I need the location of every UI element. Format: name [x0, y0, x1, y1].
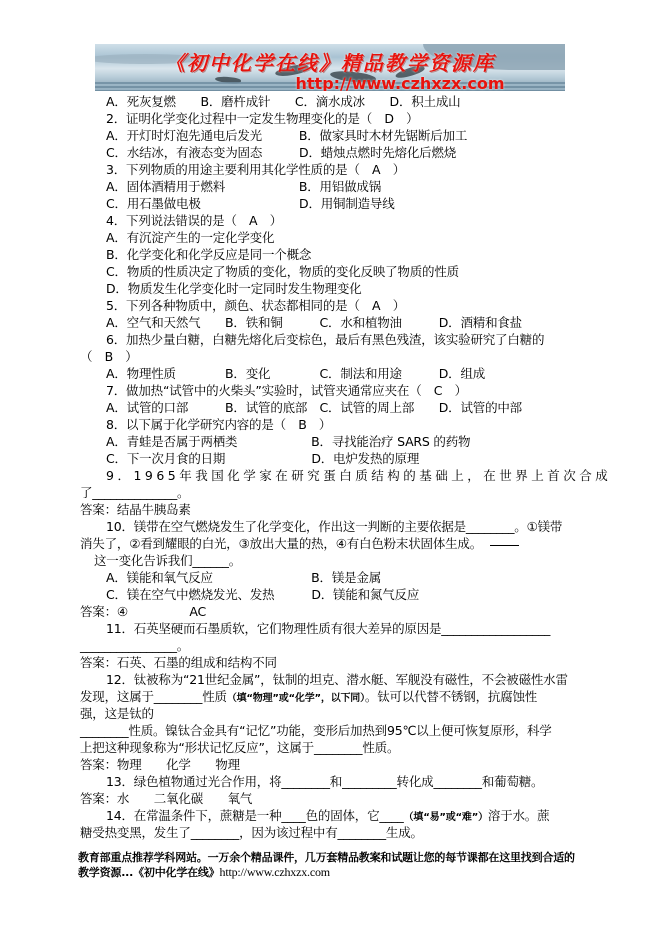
text-segment: 10．镁带在空气燃烧发生了化学变化，作出这一判断的主要依据是________。①…	[106, 519, 562, 534]
text-line: 13．绿色植物通过光合作用，将________和_________转化成____…	[80, 773, 580, 790]
document-lines: A．死灰复燃 B．磨杵成针 C．滴水成冰 D．积土成山2．证明化学变化过程中一定…	[80, 93, 580, 841]
text-segment: 答案：结晶牛胰岛素	[80, 502, 191, 517]
text-line: 答案：石英、石墨的组成和结构不同	[80, 654, 580, 671]
text-segment: （ B ）	[80, 349, 138, 364]
text-segment: 答案：水 二氧化碳 氧气	[80, 791, 252, 806]
text-line: 7．做加热“试管中的火柴头”实验时，试管夹通常应夹在（ C ）	[80, 382, 580, 399]
text-segment: B．化学变化和化学反应是同一个概念	[106, 247, 311, 262]
text-line: 3．下列物质的用途主要利用其化学性质的是（ A ）	[80, 161, 580, 178]
text-segment: 2．证明化学变化过程中一定发生物理变化的是（ D ）	[106, 111, 418, 126]
site-banner: 《初中化学在线》精品教学资源库 http://www.czhxzx.com	[95, 44, 565, 91]
text-segment: A．空气和天然气 B．铁和铜 C．水和植物油 D．酒精和食盐	[106, 315, 522, 330]
text-line: A．死灰复燃 B．磨杵成针 C．滴水成冰 D．积土成山	[80, 93, 580, 110]
text-line: 上把这种现象称为“形状记忆反应”，这属于________性质。	[80, 739, 580, 756]
text-line: 消失了，②看到耀眼的白光，③放出大量的热，④有白色粉末状固体生成。	[80, 535, 580, 552]
text-segment: 糖受热变黑，发生了________，因为该过程中有________生成。	[80, 825, 423, 840]
text-line: A．空气和天然气 B．铁和铜 C．水和植物油 D．酒精和食盐	[80, 314, 580, 331]
text-line: 9．1965年我国化学家在研究蛋白质结构的基础上，在世界上首次合成	[80, 467, 580, 484]
text-segment: 强，这是钛的	[80, 706, 154, 721]
text-segment: A．物理性质 B．变化 C．制法和用途 D．组成	[106, 366, 485, 381]
text-segment: 3．下列物质的用途主要利用其化学性质的是（ A ）	[106, 162, 405, 177]
footer-line2: 教学资源...《初中化学在线》http://www.czhxzx.com	[78, 865, 583, 880]
text-segment: 了______________。	[80, 485, 189, 500]
text-line: ________________。	[80, 637, 580, 654]
text-line: B．化学变化和化学反应是同一个概念	[80, 246, 580, 263]
text-segment: A．死灰复燃 B．磨杵成针 C．滴水成冰 D．积土成山	[106, 94, 460, 109]
text-line: A．物理性质 B．变化 C．制法和用途 D．组成	[80, 365, 580, 382]
text-line: A．镁能和氧气反应 B．镁是金属	[80, 569, 580, 586]
text-segment: A．青蛙是否属于两栖类 B．寻找能治疗 SARS 的药物	[106, 434, 470, 449]
text-segment: 答案：④ AC	[80, 604, 206, 619]
text-line: （ B ）	[80, 348, 580, 365]
text-line: 答案：④ AC	[80, 603, 580, 620]
text-line: 6．加热少量白糖，白糖先熔化后变棕色，最后有黑色残渣，该实验研究了白糖的	[80, 331, 580, 348]
text-line: 强，这是钛的	[80, 705, 580, 722]
text-segment: A．镁能和氧气反应 B．镁是金属	[106, 570, 381, 585]
text-line: A．有沉淀产生的一定化学变化	[80, 229, 580, 246]
text-line: 这一变化告诉我们______。	[80, 552, 580, 569]
text-segment: C．镁在空气中燃烧发光、发热 D．镁能和氮气反应	[106, 587, 419, 602]
text-segment: 14．在常温条件下，蔗糖是一种____色的固体，它____	[106, 808, 404, 823]
text-line: 答案：物理 化学 物理	[80, 756, 580, 773]
text-segment: 12．钛被称为“21世纪金属”，钛制的坦克、潜水艇、军舰没有磁性，不会被磁性水雷	[106, 672, 568, 687]
footer-line1: 教育部重点推荐学科网站。一万余个精品课件，几万套精品教案和试题让您的每节课都在这…	[78, 851, 583, 865]
text-line: 2．证明化学变化过程中一定发生物理变化的是（ D ）	[80, 110, 580, 127]
text-line: 14．在常温条件下，蔗糖是一种____色的固体，它____（填“易”或“难”）溶…	[80, 807, 580, 824]
text-segment: 11．石英坚硬而石墨质软，它们物理性质有很大差异的原因是____________…	[106, 621, 550, 636]
text-line: C．下一次月食的日期 D．电炉发热的原理	[80, 450, 580, 467]
banner-title: 《初中化学在线》精品教学资源库	[95, 47, 565, 76]
text-line: 答案：结晶牛胰岛素	[80, 501, 580, 518]
footer-note: 教育部重点推荐学科网站。一万余个精品课件，几万套精品教案和试题让您的每节课都在这…	[78, 851, 583, 880]
footer-url: http://www.czhxzx.com	[220, 865, 330, 879]
text-line: 5．下列各种物质中，颜色、状态都相同的是（ A ）	[80, 297, 580, 314]
text-line: A．固体酒精用于燃料 B．用铝做成锅	[80, 178, 580, 195]
text-segment: C．水结冰，有液态变为固态 D．蜡烛点燃时先熔化后燃烧	[106, 145, 456, 160]
text-segment: 发现，这属于________性质	[80, 689, 227, 704]
text-line: 12．钛被称为“21世纪金属”，钛制的坦克、潜水艇、军舰没有磁性，不会被磁性水雷	[80, 671, 580, 688]
text-segment: ________________。	[80, 638, 189, 653]
scanned-worksheet-page: 《初中化学在线》精品教学资源库 http://www.czhxzx.com A．…	[0, 0, 661, 935]
text-segment: 这一变化告诉我们______。	[94, 553, 241, 568]
text-segment: 。钛可以代替不锈钢，抗腐蚀性	[365, 689, 537, 704]
text-line: 发现，这属于________性质（填“物理”或“化学”，以下同）。钛可以代替不锈…	[80, 688, 580, 705]
text-segment: 7．做加热“试管中的火柴头”实验时，试管夹通常应夹在（ C ）	[106, 383, 467, 398]
text-segment: 溶于水。蔗	[488, 808, 550, 823]
text-segment: 答案：石英、石墨的组成和结构不同	[80, 655, 277, 670]
text-line: 8．以下属于化学研究内容的是（ B ）	[80, 416, 580, 433]
text-line: 4．下列说法错误的是（ A ）	[80, 212, 580, 229]
text-segment: C．物质的性质决定了物质的变化，物质的变化反映了物质的性质	[106, 264, 459, 279]
text-segment: 9．1965年我国化学家在研究蛋白质结构的基础上，在世界上首次合成	[106, 468, 611, 483]
text-line: C．物质的性质决定了物质的变化，物质的变化反映了物质的性质	[80, 263, 580, 280]
text-segment: C．用石墨做电极 D．用铜制造导线	[106, 196, 395, 211]
text-line: D．物质发生化学变化时一定同时发生物理变化	[80, 280, 580, 297]
banner-url: http://www.czhxzx.com	[165, 74, 565, 91]
text-segment: 6．加热少量白糖，白糖先熔化后变棕色，最后有黑色残渣，该实验研究了白糖的	[106, 332, 544, 347]
text-segment: 13．绿色植物通过光合作用，将________和_________转化成____…	[106, 774, 543, 789]
footer-line2-text: 教学资源...《初中化学在线》	[78, 866, 220, 879]
text-segment: D．物质发生化学变化时一定同时发生物理变化	[106, 281, 361, 296]
text-line: 11．石英坚硬而石墨质软，它们物理性质有很大差异的原因是____________…	[80, 620, 580, 637]
text-segment: 5．下列各种物质中，颜色、状态都相同的是（ A ）	[106, 298, 405, 313]
text-line: 糖受热变黑，发生了________，因为该过程中有________生成。	[80, 824, 580, 841]
text-line: A．青蛙是否属于两栖类 B．寻找能治疗 SARS 的药物	[80, 433, 580, 450]
text-line: 答案：水 二氧化碳 氧气	[80, 790, 580, 807]
text-line: A．开灯时灯泡先通电后发光 B．做家具时木材先锯断后加工	[80, 127, 580, 144]
text-segment: （填“物理”或“化学”，以下同）	[227, 693, 365, 704]
text-line: 10．镁带在空气燃烧发生了化学变化，作出这一判断的主要依据是________。①…	[80, 518, 580, 535]
text-line: C．用石墨做电极 D．用铜制造导线	[80, 195, 580, 212]
text-segment: 消失了，②看到耀眼的白光，③放出大量的热，④有白色粉末状固体生成。	[80, 536, 482, 551]
text-segment: 答案：物理 化学 物理	[80, 757, 240, 772]
text-segment: A．开灯时灯泡先通电后发光 B．做家具时木材先锯断后加工	[106, 128, 467, 143]
text-line: A．试管的口部 B．试管的底部 C．试管的周上部 D．试管的中部	[80, 399, 580, 416]
text-segment: 上把这种现象称为“形状记忆反应”，这属于________性质。	[80, 740, 399, 755]
text-line: C．水结冰，有液态变为固态 D．蜡烛点燃时先熔化后燃烧	[80, 144, 580, 161]
wrapped-underline-artifact	[490, 545, 519, 546]
text-segment: C．下一次月食的日期 D．电炉发热的原理	[106, 451, 419, 466]
text-segment: A．固体酒精用于燃料 B．用铝做成锅	[106, 179, 381, 194]
text-line: 了______________。	[80, 484, 580, 501]
text-line: C．镁在空气中燃烧发光、发热 D．镁能和氮气反应	[80, 586, 580, 603]
text-segment: ________性质。镍钛合金具有“记忆”功能，变形后加热到95℃以上便可恢复原…	[80, 723, 552, 738]
text-segment: 8．以下属于化学研究内容的是（ B ）	[106, 417, 331, 432]
text-line: ________性质。镍钛合金具有“记忆”功能，变形后加热到95℃以上便可恢复原…	[80, 722, 580, 739]
text-segment: A．有沉淀产生的一定化学变化	[106, 230, 274, 245]
text-segment: 4．下列说法错误的是（ A ）	[106, 213, 282, 228]
text-segment: A．试管的口部 B．试管的底部 C．试管的周上部 D．试管的中部	[106, 400, 522, 415]
text-segment: （填“易”或“难”）	[404, 812, 488, 823]
